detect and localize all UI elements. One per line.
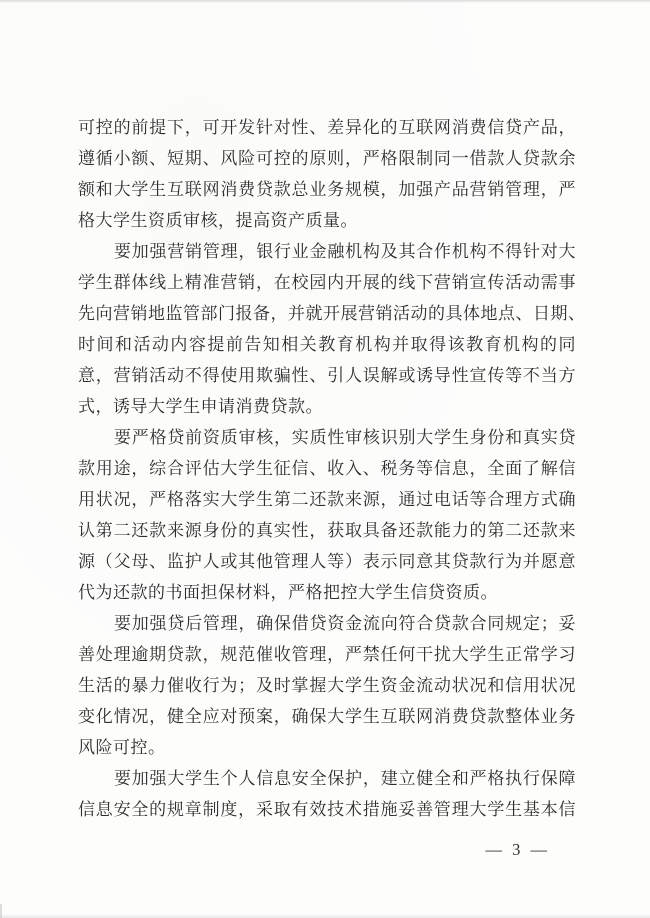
text-line: 学生群体线上精准营销，在校园内开展的线下营销宣传活动需事 bbox=[78, 267, 576, 298]
text-line: 代为还款的书面担保材料，严格把控大学生信贷资质。 bbox=[78, 577, 576, 608]
text-line: 认第二还款来源身份的真实性，获取具备还款能力的第二还款来 bbox=[78, 515, 576, 546]
text-line: 格大学生资质审核，提高资产质量。 bbox=[78, 205, 576, 236]
text-line: 要加强大学生个人信息安全保护，建立健全和严格执行保障 bbox=[78, 763, 576, 794]
text-line: 用状况，严格落实大学生第二还款来源，通过电话等合理方式确 bbox=[78, 484, 576, 515]
body-text: 可控的前提下，可开发针对性、差异化的互联网消费信贷产品， 遵循小额、短期、风险可… bbox=[78, 112, 576, 825]
text-line: 生活的暴力催收行为；及时掌握大学生资金流动状况和信用状况 bbox=[78, 670, 576, 701]
scan-edge-corner-mark bbox=[0, 904, 2, 918]
text-line: 要严格贷前资质审核，实质性审核识别大学生身份和真实贷 bbox=[78, 422, 576, 453]
scan-edge-bottom bbox=[0, 914, 650, 918]
text-line: 变化情况，健全应对预案，确保大学生互联网消费贷款整体业务 bbox=[78, 701, 576, 732]
text-line: 要加强营销管理，银行业金融机构及其合作机构不得针对大 bbox=[78, 236, 576, 267]
text-line: 可控的前提下，可开发针对性、差异化的互联网消费信贷产品， bbox=[78, 112, 576, 143]
text-line: 风险可控。 bbox=[78, 732, 576, 763]
text-line: 先向营销地监管部门报备，并就开展营销活动的具体地点、日期、 bbox=[78, 298, 576, 329]
page-number: — 3 — bbox=[486, 838, 551, 862]
document-page: 可控的前提下，可开发针对性、差异化的互联网消费信贷产品， 遵循小额、短期、风险可… bbox=[0, 0, 650, 918]
text-line: 善处理逾期贷款，规范催收管理，严禁任何干扰大学生正常学习 bbox=[78, 639, 576, 670]
text-line: 源（父母、监护人或其他管理人等）表示同意其贷款行为并愿意 bbox=[78, 546, 576, 577]
text-line: 时间和活动内容提前告知相关教育机构并取得该教育机构的同 bbox=[78, 329, 576, 360]
text-line: 意，营销活动不得使用欺骗性、引人误解或诱导性宣传等不当方 bbox=[78, 360, 576, 391]
text-line: 遵循小额、短期、风险可控的原则，严格限制同一借款人贷款余 bbox=[78, 143, 576, 174]
text-line: 款用途，综合评估大学生征信、收入、税务等信息，全面了解信 bbox=[78, 453, 576, 484]
text-line: 额和大学生互联网消费贷款总业务规模，加强产品营销管理，严 bbox=[78, 174, 576, 205]
text-line: 要加强贷后管理，确保借贷资金流向符合贷款合同规定；妥 bbox=[78, 608, 576, 639]
scan-edge-top bbox=[0, 0, 650, 3]
text-line: 信息安全的规章制度，采取有效技术措施妥善管理大学生基本信 bbox=[78, 794, 576, 825]
text-line: 式，诱导大学生申请消费贷款。 bbox=[78, 391, 576, 422]
